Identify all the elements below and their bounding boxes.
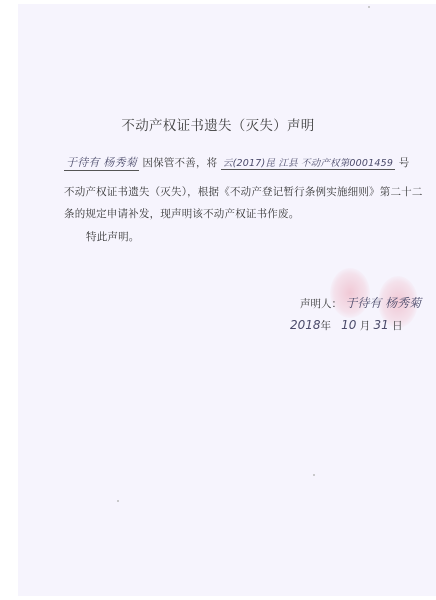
document-title: 不动产权证书遗失（灭失）声明: [0, 114, 436, 134]
date-month-unit: 月: [360, 320, 371, 332]
declarant-line: 声明人： 于待有 杨秀菊: [300, 294, 421, 311]
paragraph-line-1: 于待有 杨秀菊 因保管不善，将 云(2017)昆 江县 不动产权第0001459…: [64, 154, 409, 171]
date-year: 2018: [290, 318, 321, 332]
date-day-unit: 日: [392, 320, 403, 332]
scan-speck: [117, 500, 119, 502]
text-after-names: 因保管不善，将: [142, 157, 217, 169]
declarant-label: 声明人：: [300, 298, 342, 310]
scan-speck: [368, 6, 370, 8]
handwritten-cert-number: 云(2017)昆 江县 不动产权第0001459: [221, 155, 395, 170]
paragraph-line-3: 条的规定申请补发，现声明该不动产权证书作废。: [64, 206, 299, 221]
text-after-cert: 号: [399, 157, 410, 169]
scan-speck: [313, 474, 315, 476]
declarant-signature: 于待有 杨秀菊: [345, 296, 421, 310]
date-day: 31: [374, 318, 389, 332]
declaration-date: 2018年 10 月 31 日: [290, 318, 403, 333]
paragraph-line-2: 不动产权证书遗失（灭失），根据《不动产登记暂行条例实施细则》第二十二: [64, 184, 423, 199]
handwritten-names: 于待有 杨秀菊: [64, 154, 139, 171]
date-year-unit: 年: [321, 320, 332, 332]
closing-statement: 特此声明。: [86, 229, 140, 244]
date-month: 10: [341, 318, 356, 332]
